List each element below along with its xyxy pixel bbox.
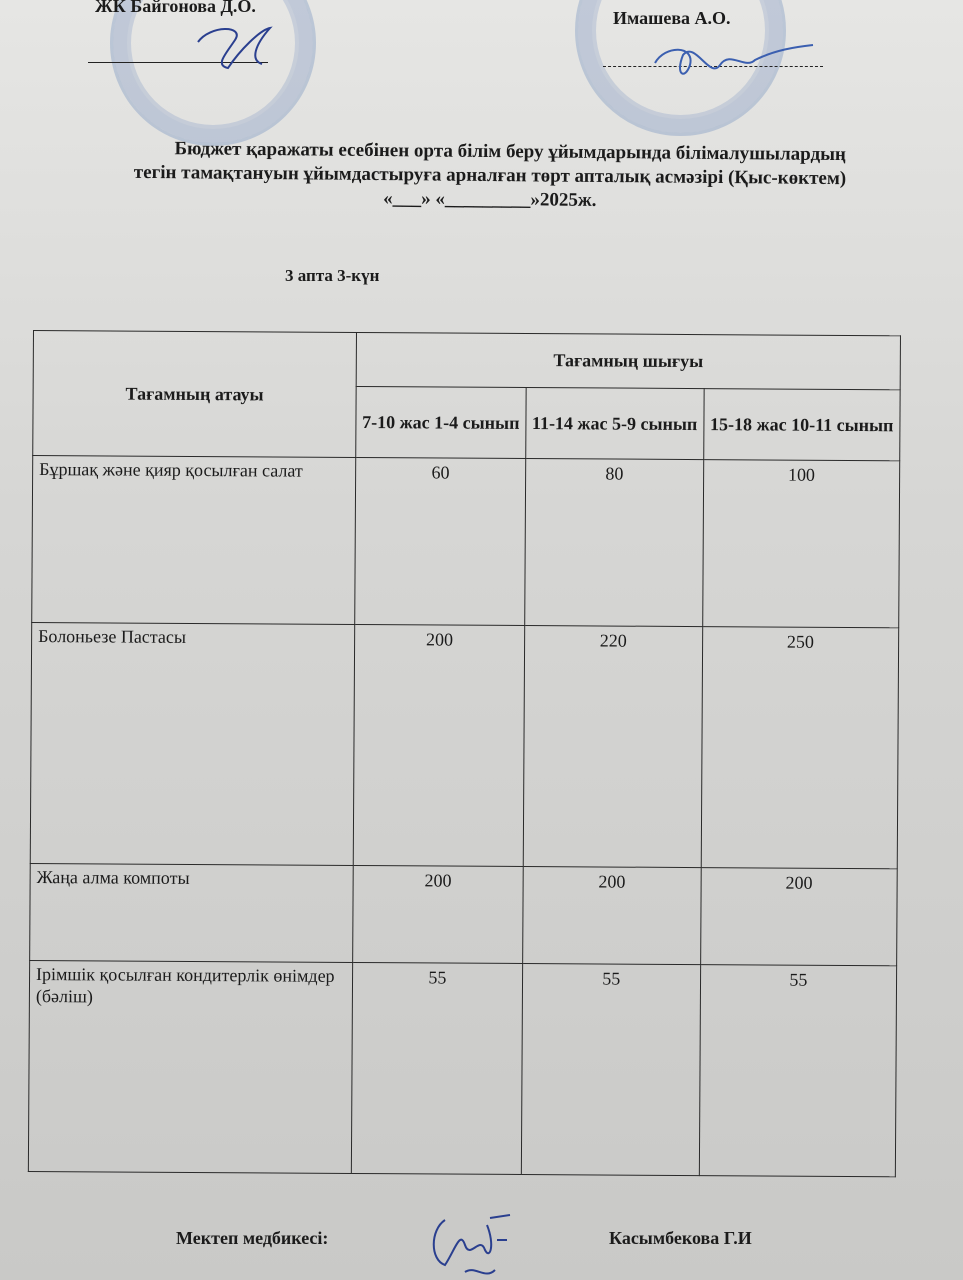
table-row: Ірімшік қосылған кондитерлік өнімдер (бә…: [28, 961, 896, 1177]
portion-value: 220: [523, 626, 702, 868]
document-title: Бюджет қаражаты есебінен орта білім беру…: [40, 136, 941, 216]
portion-value: 60: [355, 458, 526, 626]
portion-value: 55: [699, 965, 897, 1177]
age-group-header-2: 11-14 жас 5-9 сынып: [525, 387, 703, 460]
portion-value: 200: [522, 867, 701, 965]
table-row: Жаңа алма компоты 200 200 200: [30, 864, 898, 966]
portion-value: 80: [524, 459, 703, 627]
dish-name: Бұршақ және қияр қосылған салат: [32, 456, 356, 625]
nurse-signature-icon: [425, 1210, 515, 1280]
portion-value: 100: [702, 460, 899, 628]
dish-name: Ірімшік қосылған кондитерлік өнімдер (бә…: [28, 961, 352, 1174]
dish-name: Болоньезе Пастасы: [30, 623, 354, 866]
right-signature-icon: [635, 35, 815, 85]
dish-name: Жаңа алма компоты: [30, 864, 354, 963]
left-signatory-name: ЖК Байгонова Д.О.: [95, 0, 256, 17]
portion-value: 250: [701, 627, 899, 869]
age-group-header-3: 15-18 жас 10-11 сынып: [703, 388, 900, 461]
portion-value: 200: [353, 625, 524, 867]
nurse-name: Касымбекова Г.И: [609, 1228, 752, 1249]
right-signatory-name: Имашева А.О.: [613, 8, 731, 29]
dish-name-header: Тағамның атауы: [33, 331, 357, 458]
nurse-label: Мектеп медбикесі:: [176, 1228, 328, 1249]
menu-table: Тағамның атауы Тағамның шығуы 7-10 жас 1…: [28, 330, 901, 1177]
portion-value: 200: [700, 868, 897, 966]
output-header: Тағамның шығуы: [356, 332, 900, 389]
portion-value: 55: [351, 963, 522, 1175]
table-row: Бұршақ және қияр қосылған салат 60 80 10…: [32, 456, 900, 628]
week-day-label: 3 апта 3-күн: [285, 266, 379, 286]
age-group-header-1: 7-10 жас 1-4 сынып: [356, 386, 526, 459]
left-signature-icon: [190, 20, 280, 75]
portion-value: 55: [521, 964, 700, 1176]
portion-value: 200: [353, 866, 523, 964]
table-row: Болоньезе Пастасы 200 220 250: [30, 623, 898, 869]
